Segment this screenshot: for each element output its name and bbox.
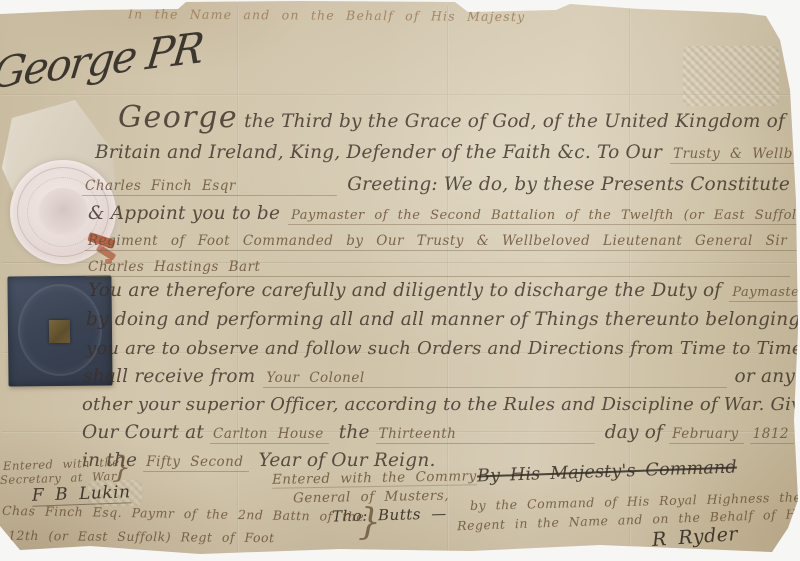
line-9-text: you are to observe and follow such Order… — [86, 338, 800, 359]
line-7-text: You are therefore carefully and diligent… — [88, 280, 721, 301]
fill-trusty-wellbeloved: Trusty & Wellbeloved — [670, 146, 800, 164]
war-office-brace: } — [112, 450, 131, 485]
fill-regnal-year: Fifty Second — [143, 454, 248, 472]
commission-line-3: Charles Finch Esqr Greeting: We do, by t… — [82, 174, 790, 196]
fill-court: Carlton House — [210, 426, 329, 444]
fill-day: Thirteenth — [376, 426, 462, 444]
fill-regiment: Regiment of Foot Commanded by Our Trusty… — [85, 233, 792, 251]
commission-line-4: & Appoint you to be Paymaster of the Sec… — [88, 203, 788, 225]
docket-text-2: 12th (or East Suffolk) Regt of Foot — [8, 528, 275, 545]
docket-line-2: 12th (or East Suffolk) Regt of Foot — [8, 528, 275, 545]
commission-line-10: shall receive from Your Colonel or any — [83, 366, 795, 388]
parchment-sheet: In the Name and on the Behalf of His Maj… — [0, 0, 800, 561]
ryder-signature-text: R Ryder — [651, 523, 738, 551]
commission-line-11: other your superior Officer, according t… — [82, 394, 796, 415]
ruled-blank — [370, 366, 727, 388]
fill-grantee-name: Charles Finch Esqr — [82, 178, 241, 196]
royal-name-initial: George — [118, 100, 238, 135]
struck-command-line: By His Majesty's Command — [477, 457, 737, 486]
line-1-text: the Third by the Grace of God, of the Un… — [244, 111, 800, 132]
royal-signature: George PR — [0, 23, 205, 99]
fill-receive-from: Your Colonel — [263, 370, 369, 388]
struck-command-text: By His Majesty's Command — [477, 457, 737, 486]
line-12-text-b: the — [339, 422, 370, 443]
ruled-blank — [792, 233, 800, 251]
commission-line-9: you are to observe and follow such Order… — [86, 338, 794, 359]
fill-colonel-name: Charles Hastings Bart — [85, 259, 265, 277]
line-12-text-c: day of — [605, 422, 663, 443]
line-10-text: shall receive from — [83, 366, 255, 387]
line-4-text: & Appoint you to be — [88, 203, 280, 224]
muster-entry-line-1: Entered with the Commry — [272, 468, 477, 489]
commission-line-6: Charles Hastings Bart — [85, 259, 790, 277]
lukin-signature-text: F B Lukin — [32, 482, 131, 505]
stamp-gold-cypher — [49, 320, 70, 343]
ruled-blank — [461, 422, 594, 444]
line-8-text: by doing and performing all and all mann… — [86, 309, 800, 330]
commission-line-2: Britain and Ireland, King, Defender of t… — [95, 142, 789, 164]
line-12-text-a: Our Court at — [82, 422, 204, 443]
commission-line-5: Regiment of Foot Commanded by Our Trusty… — [85, 233, 787, 251]
crease-line — [2, 94, 796, 96]
commission-line-7: You are therefore carefully and diligent… — [88, 280, 788, 302]
docket-brace: } — [358, 502, 381, 543]
line-11-text: other your superior Officer, according t… — [82, 394, 800, 415]
ryder-signature: R Ryder — [651, 523, 738, 551]
ruled-blank — [265, 259, 790, 277]
embossed-tax-stamp-icon — [683, 46, 779, 106]
line-10-tail: or any — [735, 366, 795, 387]
fill-year: 1812 — [750, 426, 794, 444]
document-scan: In the Name and on the Behalf of His Maj… — [0, 0, 800, 561]
line-2-text: Britain and Ireland, King, Defender of t… — [95, 142, 662, 163]
muster-entry-text-1: Entered with the Commry — [272, 468, 477, 488]
commission-line-8: by doing and performing all and all mann… — [86, 309, 788, 330]
fill-month: February — [669, 426, 744, 444]
line-13-text-b: Year of Our Reign. — [259, 450, 436, 471]
commission-line-12: Our Court at Carlton House the Thirteent… — [82, 422, 794, 444]
fill-duty: Paymaster — [729, 285, 800, 302]
seal-motif — [38, 188, 88, 236]
header-note-text: In the Name and on the Behalf of His Maj… — [128, 6, 526, 24]
ruled-blank — [241, 174, 337, 196]
commission-line-1: George the Third by the Grace of God, of… — [118, 100, 786, 135]
fill-appointment: Paymaster of the Second Battalion of the… — [288, 208, 800, 225]
line-3-text: Greeting: We do, by these Presents Const… — [347, 174, 790, 195]
